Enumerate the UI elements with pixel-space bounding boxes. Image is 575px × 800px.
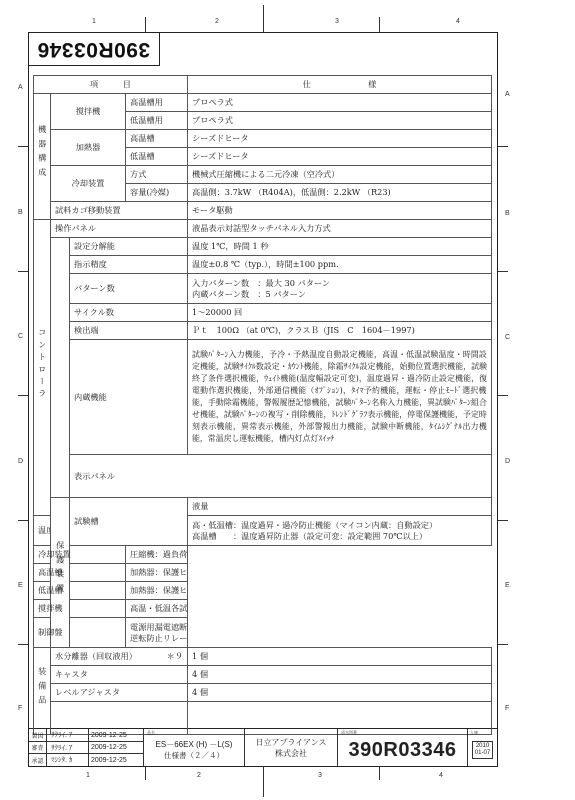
basket-spec: モータ駆動 xyxy=(188,202,492,220)
prot-cooler-label: 冷却装置 xyxy=(34,546,126,564)
tick-bottom-3 xyxy=(379,767,380,780)
basket-label: 試料カゴ移動装置 xyxy=(51,202,188,220)
prot-panel-line-1: 電源用漏電遮断器，操作回路保護ヒューズ， xyxy=(130,622,183,633)
zone-row-c-right: C xyxy=(505,334,510,341)
tick-left-bc xyxy=(18,271,28,272)
zone-row-a-left: A xyxy=(18,84,23,91)
table-row: 表示パネル ・電源供給：中央部点灯（緑色） ・運転中 ：全点灯（緑色） ・警報表… xyxy=(34,455,492,498)
group-accessories: 装備品 xyxy=(34,648,51,735)
spec-table: 項 目 仕 様 機器構成 撹拌機 高温槽用 プロペラ式 低温槽用 プロペラ式 加… xyxy=(33,75,492,735)
table-row: パターン数 入力パターン数 ：最大 30 パターン 内蔵パターン数 ：5 パター… xyxy=(34,274,492,304)
builtin-label: 内蔵機能 xyxy=(70,340,188,455)
role-cell: 承認 xyxy=(29,754,47,766)
heater-high-spec: シーズドヒータ xyxy=(188,130,492,148)
group-equipment: 機器構成 xyxy=(34,94,51,220)
prot-cooler-spec: 圧縮機：過負荷保護装置，高圧遮断装置 xyxy=(126,546,188,564)
received-label: 入庫 xyxy=(470,730,478,736)
zone-col-2-bottom: 2 xyxy=(197,772,201,779)
stirrer-label: 撹拌機 xyxy=(51,94,126,130)
heater-low-spec: シーズドヒータ xyxy=(188,148,492,166)
panel-label: 操作パネル xyxy=(51,220,188,238)
date-cell: 2009-12-25 xyxy=(89,754,144,766)
prot-low-spec: 加熱器：保護ヒューズ，温度過昇防止装置 xyxy=(126,582,188,600)
stirrer-low-sub: 低温槽用 xyxy=(126,112,188,130)
sensor-label: 検出端 xyxy=(70,322,188,340)
zone-col-4-top: 4 xyxy=(456,18,460,25)
zone-row-a-right: A xyxy=(505,91,510,98)
cooler-capacity-spec: 高温側：3.7kW （R404A)，低温側：2.2kW （R23) xyxy=(188,184,492,202)
resolution-spec: 温度 1℃，時間 1 秒 xyxy=(188,238,492,256)
product-name: ES－66EX (H) －L(S) xyxy=(156,739,233,750)
received-date: 01-07 xyxy=(475,750,490,757)
tick-left-ef xyxy=(18,644,28,645)
cooler-capacity-sub: 容量(冷媒) xyxy=(126,184,188,202)
test-chamber-temp-sub: 温度 xyxy=(34,516,51,546)
table-row: 検出端 Ｐｔ 100Ω （at 0℃)，クラスＢ（JIS C 1604－1997… xyxy=(34,322,492,340)
tick-left-ab xyxy=(18,146,28,147)
tick-right-ef xyxy=(498,644,508,645)
display-label: 表示パネル xyxy=(70,455,492,498)
test-chamber-level-sub: 液量 xyxy=(188,498,492,516)
zone-row-b-left: B xyxy=(18,209,23,216)
stirrer-low-spec: プロペラ式 xyxy=(188,112,492,130)
zone-row-e-left: E xyxy=(18,582,23,589)
patterns-spec: 入力パターン数 ：最大 30 パターン 内蔵パターン数 ：5 パターン xyxy=(188,274,492,304)
date-cell: 2009-12-25 xyxy=(89,742,144,754)
table-row: 高温槽 加熱器：保護ヒューズ，温度過昇防止装置 xyxy=(34,564,492,582)
zone-col-4-bottom: 4 xyxy=(439,772,443,779)
name-cell: ｻｸﾗｲ. ｱ xyxy=(47,742,89,754)
date-cell: 2009-12-25 xyxy=(89,729,144,742)
cycles-label: サイクル数 xyxy=(70,304,188,322)
prot-low-label: 低温槽 xyxy=(34,582,126,600)
zone-row-b-right: B xyxy=(505,210,510,217)
accessory-spec: 1 個 xyxy=(188,648,492,666)
sensor-spec: Ｐｔ 100Ω （at 0℃)，クラスＢ（JIS C 1604－1997) xyxy=(188,322,492,340)
accessory-label: キャスタ xyxy=(51,666,188,684)
table-row: 保護装置 試験槽 液量 液面低下保護装置（フロートスイッチ） xyxy=(34,498,492,516)
table-row: 試料カゴ移動装置 モータ駆動 xyxy=(34,202,492,220)
received-cell: 入庫 2010 01-07 xyxy=(468,729,497,766)
accessory-spec: 4 個 xyxy=(188,684,492,702)
table-row: 機器構成 撹拌機 高温槽用 プロペラ式 xyxy=(34,94,492,112)
zone-row-f-left: F xyxy=(18,705,22,712)
patterns-label: パターン数 xyxy=(70,274,188,304)
cooler-method-spec: 機械式圧縮機による二元冷凍（空冷式） xyxy=(188,166,492,184)
prot-panel-spec: 電源用漏電遮断器，操作回路保護ヒューズ， 逆転防止リレー（圧縮機，撹拌機用)，扉… xyxy=(126,618,188,648)
role-cell: 製図 xyxy=(29,729,47,742)
accessory-label: レベルアジャスタ xyxy=(51,684,188,702)
group-controller-label: コントローラ xyxy=(34,328,50,401)
name-cell: ﾏｼｼﾀ. ｶ xyxy=(47,754,89,766)
temp-spec-line-2: 高温槽 ：温度過昇防止器（設定可変：設定範囲 70℃以上） xyxy=(192,531,487,542)
zone-row-d-right: D xyxy=(505,458,510,465)
table-row: 装備品 水分離器（回収液用） ＊９ 1 個 xyxy=(34,648,492,666)
accessory-name: 水分離器（回収液用） xyxy=(55,651,137,661)
zone-row-f-right: F xyxy=(505,705,509,712)
group-equipment-label: 機器構成 xyxy=(34,125,50,182)
tick-top-1 xyxy=(145,17,146,32)
prot-stirrer-label: 撹拌機 xyxy=(34,600,126,618)
company-line-1: 日立アプライアンス xyxy=(256,737,327,748)
zone-row-e-right: E xyxy=(505,582,510,589)
heater-label: 加熱器 xyxy=(51,130,126,166)
zone-row-c-left: C xyxy=(18,333,23,340)
prot-stirrer-spec: 高温・低温各試験用：過負荷保護装置 xyxy=(126,600,188,618)
table-row: レベルアジャスタ 4 個 xyxy=(34,684,492,702)
panel-spec: 液晶表示対話型タッチパネル入力方式 xyxy=(188,220,492,238)
tick-right-bc xyxy=(498,271,508,272)
zone-col-3-bottom: 3 xyxy=(318,772,322,779)
zone-col-1-top: 1 xyxy=(92,18,96,25)
cooler-method-sub: 方式 xyxy=(126,166,188,184)
company-line-2: 株式会社 xyxy=(275,748,307,759)
table-row: キャスタ 4 個 xyxy=(34,666,492,684)
table-row: 加熱器 高温槽 シーズドヒータ xyxy=(34,130,492,148)
title-block: 製図 ｻｸﾗｲ. ｱ 2009-12-25 審査 ｻｸﾗｲ. ｱ 2009-12… xyxy=(28,729,498,767)
tick-left-de xyxy=(18,520,28,521)
company-cell: 日立アプライアンス 株式会社 xyxy=(245,729,338,766)
table-row: 低温槽 加熱器：保護ヒューズ，温度過昇防止装置 xyxy=(34,582,492,600)
table-header-row: 項 目 仕 様 xyxy=(34,76,492,94)
cycles-spec: 1～20000 回 xyxy=(188,304,492,322)
table-row: 設定分解能 温度 1℃，時間 1 秒 xyxy=(34,238,492,256)
tick-left-cd xyxy=(18,395,28,396)
stamp-number: 390R03346 xyxy=(37,37,150,61)
doc-title: 仕様書（２／４） xyxy=(164,750,224,761)
zone-col-3-top: 3 xyxy=(335,18,339,25)
heater-low-sub: 低温槽 xyxy=(126,148,188,166)
group-controller: コントローラ xyxy=(34,220,51,516)
table-row: 内蔵機能 試験ﾊﾟﾀｰﾝ入力機能，予冷・予熱温度自動設定機能，高温・低温試験温度… xyxy=(34,340,492,455)
name-cell: ｻｸﾗｲ. ｱ xyxy=(47,729,89,742)
cooler-label: 冷却装置 xyxy=(51,166,126,202)
panel-indent xyxy=(51,238,70,498)
patterns-input: 入力パターン数 ：最大 30 パターン xyxy=(192,278,487,289)
heater-high-sub: 高温槽 xyxy=(126,130,188,148)
prot-panel-label: 制御盤 xyxy=(34,618,126,648)
tick-right-de xyxy=(498,520,508,521)
zone-row-d-left: D xyxy=(18,458,23,465)
header-spec: 仕 様 xyxy=(188,76,492,94)
table-row: 撹拌機 高温・低温各試験用：過負荷保護装置 xyxy=(34,600,492,618)
accuracy-label: 指示精度 xyxy=(70,256,188,274)
stirrer-high-spec: プロペラ式 xyxy=(188,94,492,112)
drawing-number: 390R03346 xyxy=(349,739,457,762)
accuracy-spec: 温度±0.8 ℃（typ.），時間±100 ppm. xyxy=(188,256,492,274)
table-row: 指示精度 温度±0.8 ℃（typ.），時間±100 ppm. xyxy=(34,256,492,274)
product-cell: 品名 ES－66EX (H) －L(S) 仕様書（２／４） xyxy=(144,729,245,766)
stirrer-high-sub: 高温槽用 xyxy=(126,94,188,112)
accessory-note: ＊９ xyxy=(167,651,183,662)
temp-spec-line-1: 高・低温槽：温度過昇・過冷防止機能（マイコン内蔵：自動設定） xyxy=(192,520,487,531)
patterns-builtin: 内蔵パターン数 ：5 パターン xyxy=(192,289,487,300)
table-row: 制御盤 電源用漏電遮断器，操作回路保護ヒューズ， 逆転防止リレー（圧縮機，撹拌機… xyxy=(34,618,492,648)
drawing-label: 清水図番 xyxy=(341,730,357,736)
drawing-number-cell: 清水図番 390R03346 xyxy=(338,729,468,766)
table-row: 冷却装置 圧縮機：過負荷保護装置，高圧遮断装置 xyxy=(34,546,492,564)
header-item: 項 目 xyxy=(34,76,188,94)
product-label: 品名 xyxy=(147,730,155,736)
role-cell: 審査 xyxy=(29,742,47,754)
tick-bottom-1 xyxy=(145,767,146,780)
received-year: 2010 xyxy=(475,743,490,750)
tick-top-3 xyxy=(379,17,380,32)
tick-bottom-2 xyxy=(263,767,264,797)
tick-right-ab xyxy=(498,146,508,147)
builtin-spec: 試験ﾊﾟﾀｰﾝ入力機能，予冷・予熱温度自動設定機能，高温・低温試験温度・時間設定… xyxy=(188,340,492,455)
prot-high-label: 高温槽 xyxy=(34,564,126,582)
resolution-label: 設定分解能 xyxy=(70,238,188,256)
test-chamber-temp-spec: 高・低温槽：温度過昇・過冷防止機能（マイコン内蔵：自動設定） 高温槽 ：温度過昇… xyxy=(188,516,492,546)
tick-top-2 xyxy=(263,5,264,32)
received-stamp: 2010 01-07 xyxy=(472,741,493,759)
group-accessories-label: 装備品 xyxy=(34,667,50,710)
prot-panel-line-2: 逆転防止リレー（圧縮機，撹拌機用)，扉開放運転防止スイッチ xyxy=(130,633,183,644)
table-row: コントローラ 操作パネル 液晶表示対話型タッチパネル入力方式 xyxy=(34,220,492,238)
prot-high-spec: 加熱器：保護ヒューズ，温度過昇防止装置 xyxy=(126,564,188,582)
table-row: 冷却装置 方式 機械式圧縮機による二元冷凍（空冷式） xyxy=(34,166,492,184)
accessory-label: 水分離器（回収液用） ＊９ xyxy=(51,648,188,666)
test-chamber-label: 試験槽 xyxy=(70,498,188,546)
tick-right-cd xyxy=(498,395,508,396)
table-row: サイクル数 1～20000 回 xyxy=(34,304,492,322)
zone-col-1-bottom: 1 xyxy=(86,772,90,779)
zone-col-2-top: 2 xyxy=(215,18,219,25)
drawing-number-stamp: 390R03346 xyxy=(28,32,160,66)
accessory-spec: 4 個 xyxy=(188,666,492,684)
